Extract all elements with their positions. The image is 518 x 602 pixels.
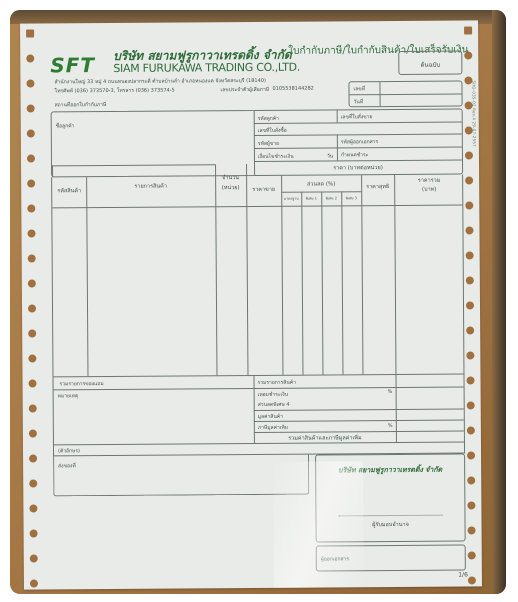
company-name-en: SIAM FURUKAWA TRADING CO.,LTD.	[113, 61, 300, 75]
feed-hole	[465, 151, 473, 159]
feed-hole	[465, 201, 473, 209]
feed-hole	[28, 255, 36, 263]
doc-date-label: วันที่	[354, 98, 364, 106]
cardboard-shadow	[492, 10, 506, 594]
feed-hole	[465, 226, 473, 234]
special-discount-label: ส่วนลดพิเศษ 4	[258, 401, 290, 409]
feed-hole	[28, 305, 36, 313]
feed-hole	[26, 30, 34, 38]
col-net-price: ราคาสุทธิ	[361, 183, 394, 191]
feed-hole	[468, 576, 476, 584]
doc-number-date-box: เลขที่ วันที่	[348, 81, 462, 108]
company-phone: โทรศัพท์ (036) 373570-3, โทรสาร (036) 37…	[54, 87, 174, 96]
feed-hole	[27, 130, 35, 138]
invoice-form: SHD-035-02 Rev.4 29-07-2557 SFT บริษัท ส…	[20, 20, 482, 589]
sales-code-label: รหัสผู้ขาย	[258, 140, 279, 148]
feed-hole	[467, 376, 475, 384]
amount-in-words-label: (ตัวอักษร)	[58, 447, 80, 455]
customer-box: ชื่อลูกค้า รหัสลูกค้า เลขที่ใบสั่งขาย เล…	[51, 109, 463, 178]
signature-line	[338, 515, 442, 517]
feed-hole	[29, 479, 37, 487]
company-logo: SFT	[50, 53, 95, 77]
customer-code-label: รหัสลูกค้า	[258, 115, 279, 123]
feed-hole	[465, 176, 473, 184]
feed-hole	[467, 426, 475, 434]
due-date-label: กำหนดชำระ	[341, 151, 368, 159]
col-discount-sp1: พิเศษ 1	[301, 196, 321, 202]
col-qty: จำนวน	[215, 174, 246, 182]
feed-hole	[467, 451, 475, 459]
col-qty-unit: (หน่วย)	[215, 184, 246, 192]
feed-hole	[467, 501, 475, 509]
goods-value-label: มูลค่าสินค้า	[258, 413, 283, 421]
col-discount-std: มาตรฐาน	[281, 196, 301, 202]
grand-total-label: รวมค่าสินค้าและภาษีมูลค่าเพิ่ม	[254, 434, 396, 443]
feed-hole	[467, 476, 475, 484]
feed-hole	[466, 351, 474, 359]
feed-hole	[468, 551, 476, 559]
feed-hole	[28, 330, 36, 338]
feed-hole	[468, 526, 476, 534]
feed-hole	[28, 354, 36, 362]
ship-to-label: ส่งของที่	[58, 462, 76, 470]
issue-place-label: สถานที่ออกใบกำกับภาษี	[55, 101, 107, 109]
col-item-code: รหัสสินค้า	[52, 187, 86, 195]
col-discount-sp3: พิเศษ 3	[341, 195, 361, 201]
issuer-code-label: รหัสผู้ออกเอกสาร	[341, 138, 378, 146]
form-code: SHD-035-02 Rev.4 29-07-2557	[471, 80, 476, 146]
col-discount-sp2: พิเศษ 2	[321, 195, 341, 201]
credit-terms-label: เงื่อนไขชำระเงิน	[258, 153, 294, 161]
feed-hole	[464, 26, 472, 34]
feed-hole	[26, 80, 34, 88]
remarks-label: หมายเหตุ	[58, 392, 79, 400]
feed-hole	[466, 251, 474, 259]
feed-hole	[27, 155, 35, 163]
company-address: สำนักงานใหญ่ 33 หมู่ 4 ถนนหนองปลากระดี่ …	[54, 77, 266, 86]
doc-number-label: เลขที่	[353, 85, 365, 93]
credit-days-unit: วัน	[327, 152, 333, 160]
copy-label: ต้นฉบับ	[399, 60, 461, 70]
feed-hole	[27, 105, 35, 113]
col-unit-price: ราคาขาย	[246, 186, 281, 194]
feed-hole	[466, 276, 474, 284]
payment-discount-percent: %	[388, 389, 393, 395]
issuer-box: ผู้ออกเอกสาร	[316, 545, 466, 572]
feed-hole	[27, 230, 35, 238]
feed-hole	[27, 180, 35, 188]
page-number: 1/6	[458, 571, 468, 578]
feed-hole	[29, 504, 37, 512]
tax-id: 0105538144282	[272, 86, 313, 92]
copy-box: ต้นฉบับ	[398, 51, 462, 75]
customer-name-label: ชื่อลูกค้า	[56, 122, 75, 130]
price-group-header: ราคา (บาทต่อหน่วย)	[254, 164, 462, 173]
col-description: รายการสินค้า	[86, 182, 215, 191]
payment-discount-label: เทอมชำระเงิน	[258, 391, 289, 399]
issuer-label: ผู้ออกเอกสาร	[321, 555, 349, 563]
totals-section: รวมรายการของแถม หมายเหตุ รวมรายการสินค้า…	[53, 375, 465, 446]
feed-hole	[30, 554, 38, 562]
feed-hole	[467, 401, 475, 409]
feed-hole	[26, 55, 34, 63]
feed-hole	[30, 579, 38, 587]
feed-hole	[29, 429, 37, 437]
col-discount-group: ส่วนลด (%)	[281, 180, 361, 189]
ship-to-box: ส่งของที่	[53, 455, 309, 497]
feed-hole	[30, 529, 38, 537]
items-total-label: รวมรายการสินค้า	[258, 379, 296, 387]
tax-id-label: เลขประจำตัวผู้เสียภาษี	[220, 86, 269, 94]
po-number-label: เลขที่ใบสั่งซื้อ	[258, 127, 287, 135]
feed-hole	[466, 326, 474, 334]
feed-hole	[29, 379, 37, 387]
vat-percent: %	[388, 423, 393, 429]
feed-hole	[28, 280, 36, 288]
col-amount: ราคารวม	[394, 177, 464, 185]
col-amount-unit: (บาท)	[394, 186, 464, 194]
feed-hole	[466, 301, 474, 309]
items-table: รหัสสินค้า รายการสินค้า จำนวน (หน่วย) รา…	[51, 175, 464, 378]
signature-company: บริษัท สยามฟูรูกาวาเทรดดิ้ง จำกัด	[316, 465, 464, 477]
feed-hole	[29, 404, 37, 412]
feed-hole	[29, 454, 37, 462]
signature-box: บริษัท สยามฟูรูกาวาเทรดดิ้ง จำกัด ผู้รับ…	[315, 454, 466, 543]
so-number-label: เลขที่ใบสั่งขาย	[341, 113, 373, 121]
vat-label: ภาษีมูลค่าเพิ่ม	[258, 424, 288, 432]
feed-hole	[27, 205, 35, 213]
free-items-label: รวมรายการของแถม	[60, 380, 104, 388]
authorized-label: ผู้รับมอบอำนาจ	[317, 521, 465, 530]
